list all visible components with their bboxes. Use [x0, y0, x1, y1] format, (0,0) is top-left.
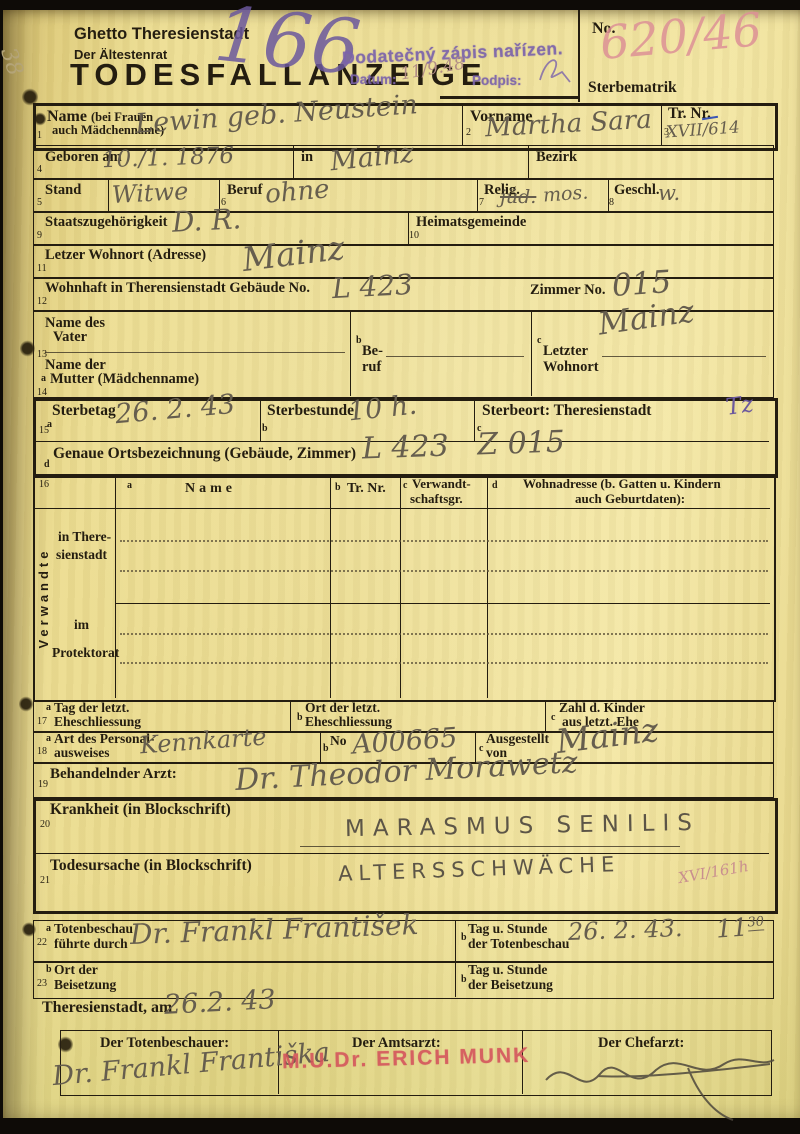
geschl-value-handwritten: w.	[658, 182, 680, 205]
col-verw-header2: schaftsgr.	[410, 492, 463, 506]
ausweis-label2: ausweises	[54, 746, 110, 761]
beisetzung-zeit-label1: Tag u. Stunde	[468, 963, 547, 978]
sub-letter: a	[41, 374, 46, 385]
wohnhaft-label: Wohnhaft in Therensienstadt Gebäude No.	[45, 281, 310, 297]
field-number: 18	[37, 747, 47, 758]
cell-divider	[350, 310, 351, 396]
sub-letter: d	[44, 460, 50, 471]
cell-divider	[293, 145, 294, 178]
cell-divider	[108, 178, 109, 211]
cell-divider	[320, 731, 321, 762]
writing-line	[386, 356, 524, 357]
geschl-label: Geschl.	[614, 183, 660, 199]
sub-letter: b	[335, 483, 341, 494]
beisetzung-ort-label1: Ort der	[54, 963, 98, 978]
chefarzt-signature-scrawl	[538, 1038, 783, 1123]
ortsbezeichnung-value-handwritten: L 423 Z 015	[361, 426, 565, 465]
scanned-death-notice-form: 38 Ghetto Theresienstadt Der Ältestenrat…	[0, 0, 800, 1134]
sub-letter: b	[262, 424, 268, 435]
field-number: 1	[37, 131, 42, 142]
eltern-beruf-label1: Be-	[362, 344, 383, 360]
totenbeschau-uhrzeit-handwritten: 1130	[715, 912, 765, 942]
cell-divider	[290, 700, 291, 731]
footer-place-label: Theresienstadt, am	[42, 999, 172, 1016]
col-verw-header1: Verwandt-	[412, 477, 471, 491]
header-divider-line	[578, 10, 580, 102]
field-number: 5	[37, 198, 42, 209]
table-dotted-line	[120, 540, 768, 542]
table-group-divider	[115, 603, 770, 604]
totenbeschau-zeit-label1: Tag u. Stunde	[468, 922, 547, 937]
sub-letter: b	[461, 933, 467, 944]
stamp-datum-label: Datum:	[350, 73, 397, 88]
krankheit-label: Krankheit (in Blockschrift)	[50, 802, 231, 819]
field-number: 17	[37, 717, 47, 728]
ortsbezeichnung-label: Genaue Ortsbezeichnung (Gebäude, Zimmer)	[53, 446, 356, 463]
sterbematrik-label: Sterbematrik	[588, 80, 677, 97]
table-dotted-line	[120, 662, 768, 664]
totenbeschau-label1: Totenbeschau	[54, 922, 133, 937]
totenbeschau-zeit-label2: der Totenbeschau	[468, 937, 569, 952]
field-number: 8	[609, 198, 614, 209]
sub-letter: a	[127, 481, 132, 492]
sub-letter: b	[323, 744, 329, 755]
sub-letter: d	[492, 481, 498, 492]
table-side-label: Verwandte	[37, 518, 51, 678]
field-number: 23	[37, 979, 47, 990]
field-number: 16	[39, 480, 49, 491]
beisetzung-ort-label2: Beisetzung	[54, 978, 116, 993]
field-number: 10	[409, 231, 419, 242]
writing-line	[45, 352, 345, 353]
paper-hole	[19, 696, 33, 712]
cell-divider	[477, 178, 478, 211]
totenbeschau-zeit-value-handwritten: 26. 2. 43.	[568, 916, 683, 946]
field-number: 11	[37, 264, 47, 275]
sub-letter: c	[537, 336, 541, 347]
bezirk-label: Bezirk	[536, 150, 577, 166]
sub-letter: b	[461, 975, 467, 986]
sterbeort-label: Sterbeort: Theresienstadt	[482, 403, 651, 420]
sub-letter: a	[46, 703, 51, 714]
col-trnr-header: Tr. Nr.	[347, 481, 386, 496]
group-protektorat-label2: Protektorat	[52, 646, 119, 661]
sterbestunde-label: Sterbestunde	[267, 403, 354, 420]
row-beisetzung-box	[33, 961, 774, 999]
todesursache-label: Todesursache (in Blockschrift)	[50, 858, 252, 875]
eltern-wohnort-label1: Letzter	[543, 344, 588, 360]
col-adresse-header1: Wohnadresse (b. Gatten u. Kindern	[523, 477, 721, 491]
vater-label2: Vater	[53, 330, 87, 346]
table-dotted-line	[120, 570, 768, 572]
field-number: 12	[37, 297, 47, 308]
zimmer-label: Zimmer No.	[530, 283, 605, 299]
sub-letter: b	[46, 965, 52, 976]
cell-divider	[545, 700, 546, 731]
table-dotted-line	[120, 633, 768, 635]
mutter-label2: Mutter (Mädchenname)	[50, 372, 199, 388]
relig-value-handwritten: mos.	[542, 182, 589, 206]
group-theresienstadt-label2: sienstadt	[56, 548, 107, 563]
totenbeschau-label2: führte durch	[54, 937, 128, 952]
field-number: 15	[39, 426, 49, 437]
podpis-initial-scrawl	[532, 52, 576, 88]
footer-date-handwritten: 26.2. 43	[163, 985, 276, 1020]
staat-value-handwritten: D. R.	[171, 204, 242, 238]
field-number: 2	[466, 128, 471, 139]
field-number: 7	[479, 198, 484, 209]
col-name-header: Name	[185, 481, 236, 496]
folio-number-handwritten: 166	[211, 0, 364, 89]
cell-divider	[260, 398, 261, 441]
sub-letter: a	[46, 924, 51, 935]
arzt-label: Behandelnder Arzt:	[50, 766, 177, 782]
table-column-line	[487, 474, 488, 698]
field-number: 20	[40, 820, 50, 831]
cell-divider	[462, 103, 463, 145]
field-number: 19	[38, 780, 48, 791]
geburtsdatum-handwritten: 10./1. 1876	[102, 144, 235, 173]
sub-letter: a	[46, 734, 51, 745]
beruf-value-handwritten: ohne	[264, 175, 331, 209]
stand-label: Stand	[45, 183, 81, 199]
geboren-in-label: in	[301, 150, 313, 166]
sub-letter: b	[297, 713, 303, 724]
eltern-wohnort-label2: Wohnort	[543, 360, 599, 376]
ausweis-no-label: No	[330, 734, 347, 749]
cell-divider	[531, 310, 532, 396]
ehe-tag-label2: Eheschliessung	[54, 715, 141, 730]
sub-letter: c	[403, 481, 407, 492]
eltern-beruf-label2: ruf	[362, 360, 381, 376]
table-column-line	[115, 474, 116, 698]
table-column-line	[330, 474, 331, 698]
stamp-podpis-label: Podpis:	[472, 74, 522, 89]
field-number: 4	[37, 165, 42, 176]
staat-label: Staatszugehörigkeit	[45, 215, 167, 231]
beisetzung-zeit-label2: der Beisetzung	[468, 978, 553, 993]
gebaeude-value-handwritten: L 423	[331, 270, 413, 304]
sterbestunde-value-handwritten: 10 h.	[347, 390, 419, 426]
cell-divider	[661, 103, 662, 145]
letzter-wohnort-label: Letzer Wohnort (Adresse)	[45, 248, 206, 264]
group-theresienstadt-label1: in There-	[58, 530, 111, 545]
writing-line	[300, 846, 680, 847]
sterbeort-initials-purple: Tz	[724, 392, 755, 420]
field-number: 21	[40, 876, 50, 887]
cell-divider	[36, 853, 769, 854]
writing-line	[602, 356, 766, 357]
col-adresse-header2: auch Geburtdaten):	[575, 492, 685, 506]
table-column-line	[400, 474, 401, 698]
relig-struck-value: jüd.	[500, 187, 536, 208]
cell-divider	[455, 961, 456, 997]
cell-divider	[528, 145, 529, 178]
stand-value-handwritten: Witwe	[111, 179, 189, 209]
cell-divider	[455, 920, 456, 961]
table-header-line	[35, 508, 770, 509]
beruf-label: Beruf	[227, 183, 262, 199]
field-number: 22	[37, 938, 47, 949]
group-protektorat-label1: im	[74, 618, 89, 633]
heimat-label: Heimatsgemeinde	[416, 215, 526, 231]
header-rule	[440, 96, 578, 99]
field-number: 9	[37, 231, 42, 242]
sterbetag-label: Sterbetag	[52, 403, 116, 420]
sub-letter: b	[356, 336, 362, 347]
